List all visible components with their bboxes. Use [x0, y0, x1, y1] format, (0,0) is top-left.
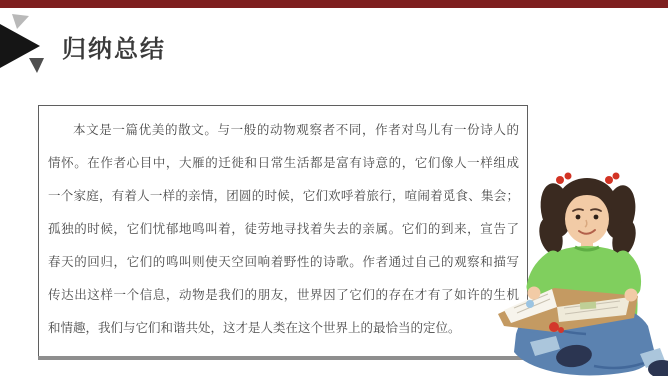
summary-line: 春天的回归，它们的鸣叫则使天空回响着野性的诗歌。作者通过自己的观察和描写 — [48, 246, 519, 279]
title-triangle-decoration — [0, 0, 50, 80]
red-toy — [549, 322, 559, 332]
left-hand — [528, 287, 541, 300]
summary-line: 情怀。在作者心目中，大雁的迁徙和日常生活都是富有诗意的，它们像人一样组成 — [48, 147, 519, 180]
summary-line: 和情趣，我们与它们和谐共处，这才是人类在这个世界上的最恰当的定位。 — [48, 312, 519, 345]
summary-textbox: 本文是一篇优美的散文。与一般的动物观察者不同，作者对鸟儿有一份诗人的 情怀。在作… — [38, 105, 528, 356]
triangle-light-icon — [12, 14, 29, 29]
summary-line: 传达出这样一个信息，动物是我们的朋友，世界因了它们的存在才有了如许的生机 — [48, 279, 519, 312]
face — [565, 194, 609, 244]
summary-line: 本文是一篇优美的散文。与一般的动物观察者不同，作者对鸟儿有一份诗人的 — [48, 114, 519, 147]
right-hand — [625, 289, 638, 302]
page-picture — [526, 300, 534, 308]
presentation-slide: 归纳总结 本文是一篇优美的散文。与一般的动物观察者不同，作者对鸟儿有一份诗人的 … — [0, 0, 668, 376]
eye — [576, 215, 581, 220]
eye — [594, 215, 599, 220]
summary-line: 一个家庭，有着人一样的亲情，团圆的时候，它们欢呼着旅行，喧闹着觅食、集会； — [48, 180, 519, 213]
top-accent-bar — [0, 0, 668, 8]
page-title: 归纳总结 — [62, 29, 166, 64]
summary-line: 孤独的时候，它们忧郁地鸣叫着，徒劳地寻找着失去的亲属。它们的到来，宣告了 — [48, 213, 519, 246]
girl-reading-photo — [490, 166, 668, 376]
triangle-dark-icon — [29, 58, 44, 73]
page-picture — [580, 301, 596, 309]
red-toy — [558, 327, 564, 333]
